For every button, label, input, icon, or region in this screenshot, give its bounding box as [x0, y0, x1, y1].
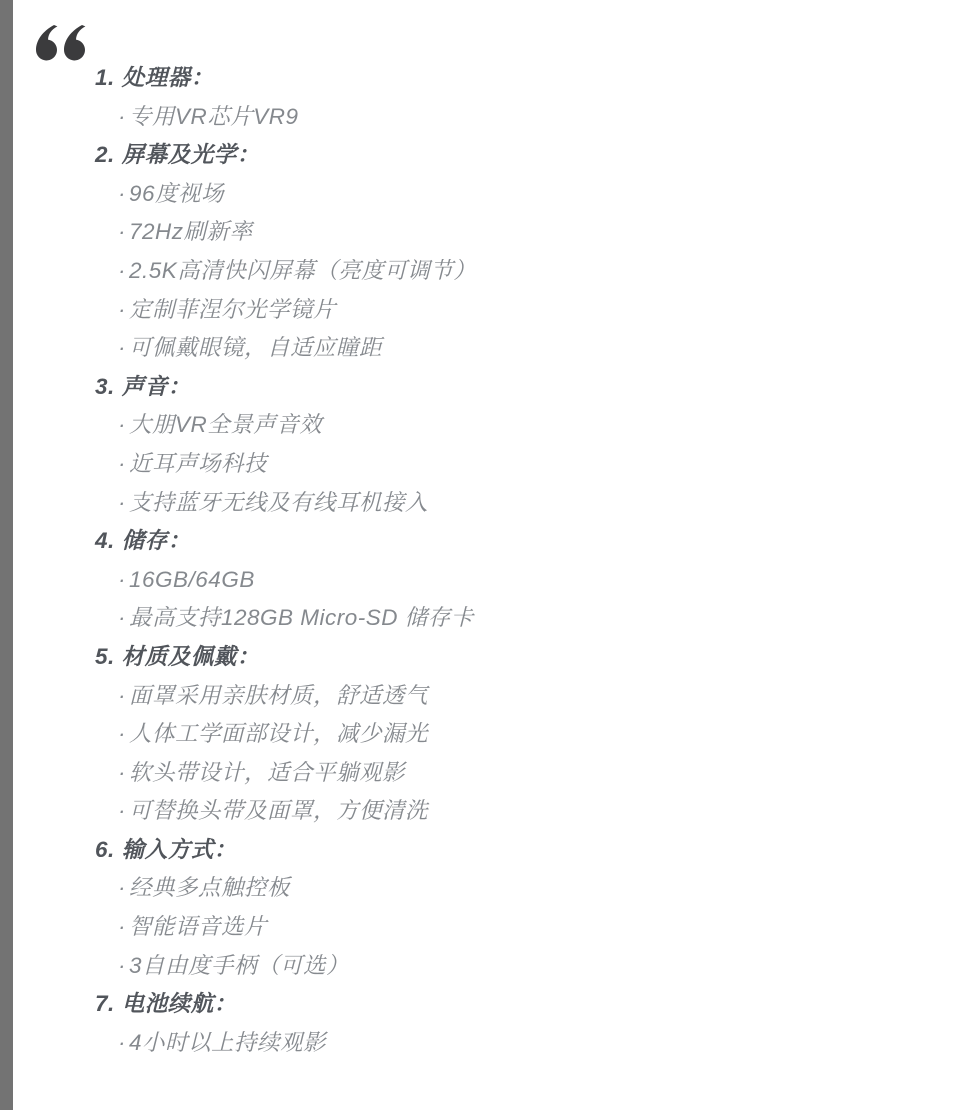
- spec-item-text: 96度视场: [129, 181, 224, 206]
- section-title: 储存：: [122, 528, 191, 553]
- bullet-icon: ·: [118, 953, 126, 978]
- section-title: 屏幕及光学：: [122, 142, 260, 167]
- bullet-icon: ·: [118, 335, 126, 360]
- spec-item: ·4小时以上持续观影: [95, 1024, 476, 1063]
- section-number: 6.: [95, 837, 115, 862]
- spec-list: 1.处理器：·专用VR芯片VR92.屏幕及光学：·96度视场·72Hz刷新率·2…: [95, 59, 476, 1062]
- spec-item: ·3自由度手柄（可选）: [95, 947, 476, 986]
- section-number: 2.: [95, 142, 115, 167]
- spec-item: ·支持蓝牙无线及有线耳机接入: [95, 484, 476, 523]
- spec-item: ·可替换头带及面罩，方便清洗: [95, 792, 476, 831]
- spec-item: ·人体工学面部设计，减少漏光: [95, 715, 476, 754]
- bullet-icon: ·: [118, 760, 126, 785]
- bullet-icon: ·: [118, 683, 126, 708]
- section-title: 电池续航：: [122, 991, 237, 1016]
- section-heading: 5.材质及佩戴：: [95, 638, 476, 677]
- section-heading: 1.处理器：: [95, 59, 476, 98]
- bullet-icon: ·: [118, 258, 126, 283]
- section-heading: 4.储存：: [95, 522, 476, 561]
- bullet-icon: ·: [118, 451, 126, 476]
- bullet-icon: ·: [118, 412, 126, 437]
- section-heading: 2.屏幕及光学：: [95, 136, 476, 175]
- left-edge-strip: [0, 0, 13, 1110]
- quote-paths: [36, 25, 85, 60]
- open-quote-icon: [34, 23, 88, 65]
- spec-item-text: 经典多点触控板: [129, 875, 290, 900]
- section-number: 7.: [95, 991, 115, 1016]
- spec-item: ·可佩戴眼镜，自适应瞳距: [95, 329, 476, 368]
- spec-item-text: 16GB/64GB: [129, 567, 255, 592]
- quote-glyph-svg: [34, 23, 88, 65]
- spec-item-text: 面罩采用亲肤材质，舒适透气: [129, 683, 428, 708]
- spec-item: ·经典多点触控板: [95, 869, 476, 908]
- spec-item-text: 智能语音选片: [129, 914, 267, 939]
- bullet-icon: ·: [118, 567, 126, 592]
- spec-item: ·面罩采用亲肤材质，舒适透气: [95, 677, 476, 716]
- spec-item: ·96度视场: [95, 175, 476, 214]
- section-heading: 6.输入方式：: [95, 831, 476, 870]
- spec-item: ·72Hz刷新率: [95, 213, 476, 252]
- section-title: 声音：: [122, 374, 191, 399]
- spec-item-text: 软头带设计，适合平躺观影: [129, 760, 405, 785]
- section-heading: 3.声音：: [95, 368, 476, 407]
- spec-item-text: 定制菲涅尔光学镜片: [129, 297, 336, 322]
- spec-item-text: 4小时以上持续观影: [129, 1030, 326, 1055]
- spec-item-text: 大朋VR全景声音效: [129, 412, 322, 437]
- bullet-icon: ·: [118, 798, 126, 823]
- spec-item: ·智能语音选片: [95, 908, 476, 947]
- bullet-icon: ·: [118, 104, 126, 129]
- spec-item-text: 近耳声场科技: [129, 451, 267, 476]
- spec-item: ·软头带设计，适合平躺观影: [95, 754, 476, 793]
- spec-item-text: 2.5K高清快闪屏幕（亮度可调节）: [129, 258, 476, 283]
- section-number: 1.: [95, 65, 115, 90]
- bullet-icon: ·: [118, 875, 126, 900]
- spec-item: ·16GB/64GB: [95, 561, 476, 600]
- section-number: 3.: [95, 374, 115, 399]
- spec-item-text: 人体工学面部设计，减少漏光: [129, 721, 428, 746]
- section-title: 材质及佩戴：: [122, 644, 260, 669]
- bullet-icon: ·: [118, 605, 126, 630]
- spec-item: ·2.5K高清快闪屏幕（亮度可调节）: [95, 252, 476, 291]
- spec-item: ·最高支持128GB Micro-SD 储存卡: [95, 599, 476, 638]
- spec-item: ·定制菲涅尔光学镜片: [95, 291, 476, 330]
- bullet-icon: ·: [118, 297, 126, 322]
- spec-item-text: 72Hz刷新率: [129, 219, 253, 244]
- section-title: 处理器：: [122, 65, 214, 90]
- bullet-icon: ·: [118, 219, 126, 244]
- spec-item-text: 支持蓝牙无线及有线耳机接入: [129, 490, 428, 515]
- spec-item-text: 最高支持128GB Micro-SD 储存卡: [129, 605, 474, 630]
- section-number: 4.: [95, 528, 115, 553]
- spec-item: ·近耳声场科技: [95, 445, 476, 484]
- bullet-icon: ·: [118, 721, 126, 746]
- bullet-icon: ·: [118, 181, 126, 206]
- bullet-icon: ·: [118, 1030, 126, 1055]
- spec-item-text: 专用VR芯片VR9: [129, 104, 299, 129]
- section-title: 输入方式：: [122, 837, 237, 862]
- section-number: 5.: [95, 644, 115, 669]
- spec-item: ·专用VR芯片VR9: [95, 98, 476, 137]
- spec-item-text: 3自由度手柄（可选）: [129, 953, 349, 978]
- spec-item-text: 可佩戴眼镜，自适应瞳距: [129, 335, 382, 360]
- bullet-icon: ·: [118, 914, 126, 939]
- section-heading: 7.电池续航：: [95, 985, 476, 1024]
- spec-item-text: 可替换头带及面罩，方便清洗: [129, 798, 428, 823]
- spec-item: ·大朋VR全景声音效: [95, 406, 476, 445]
- bullet-icon: ·: [118, 490, 126, 515]
